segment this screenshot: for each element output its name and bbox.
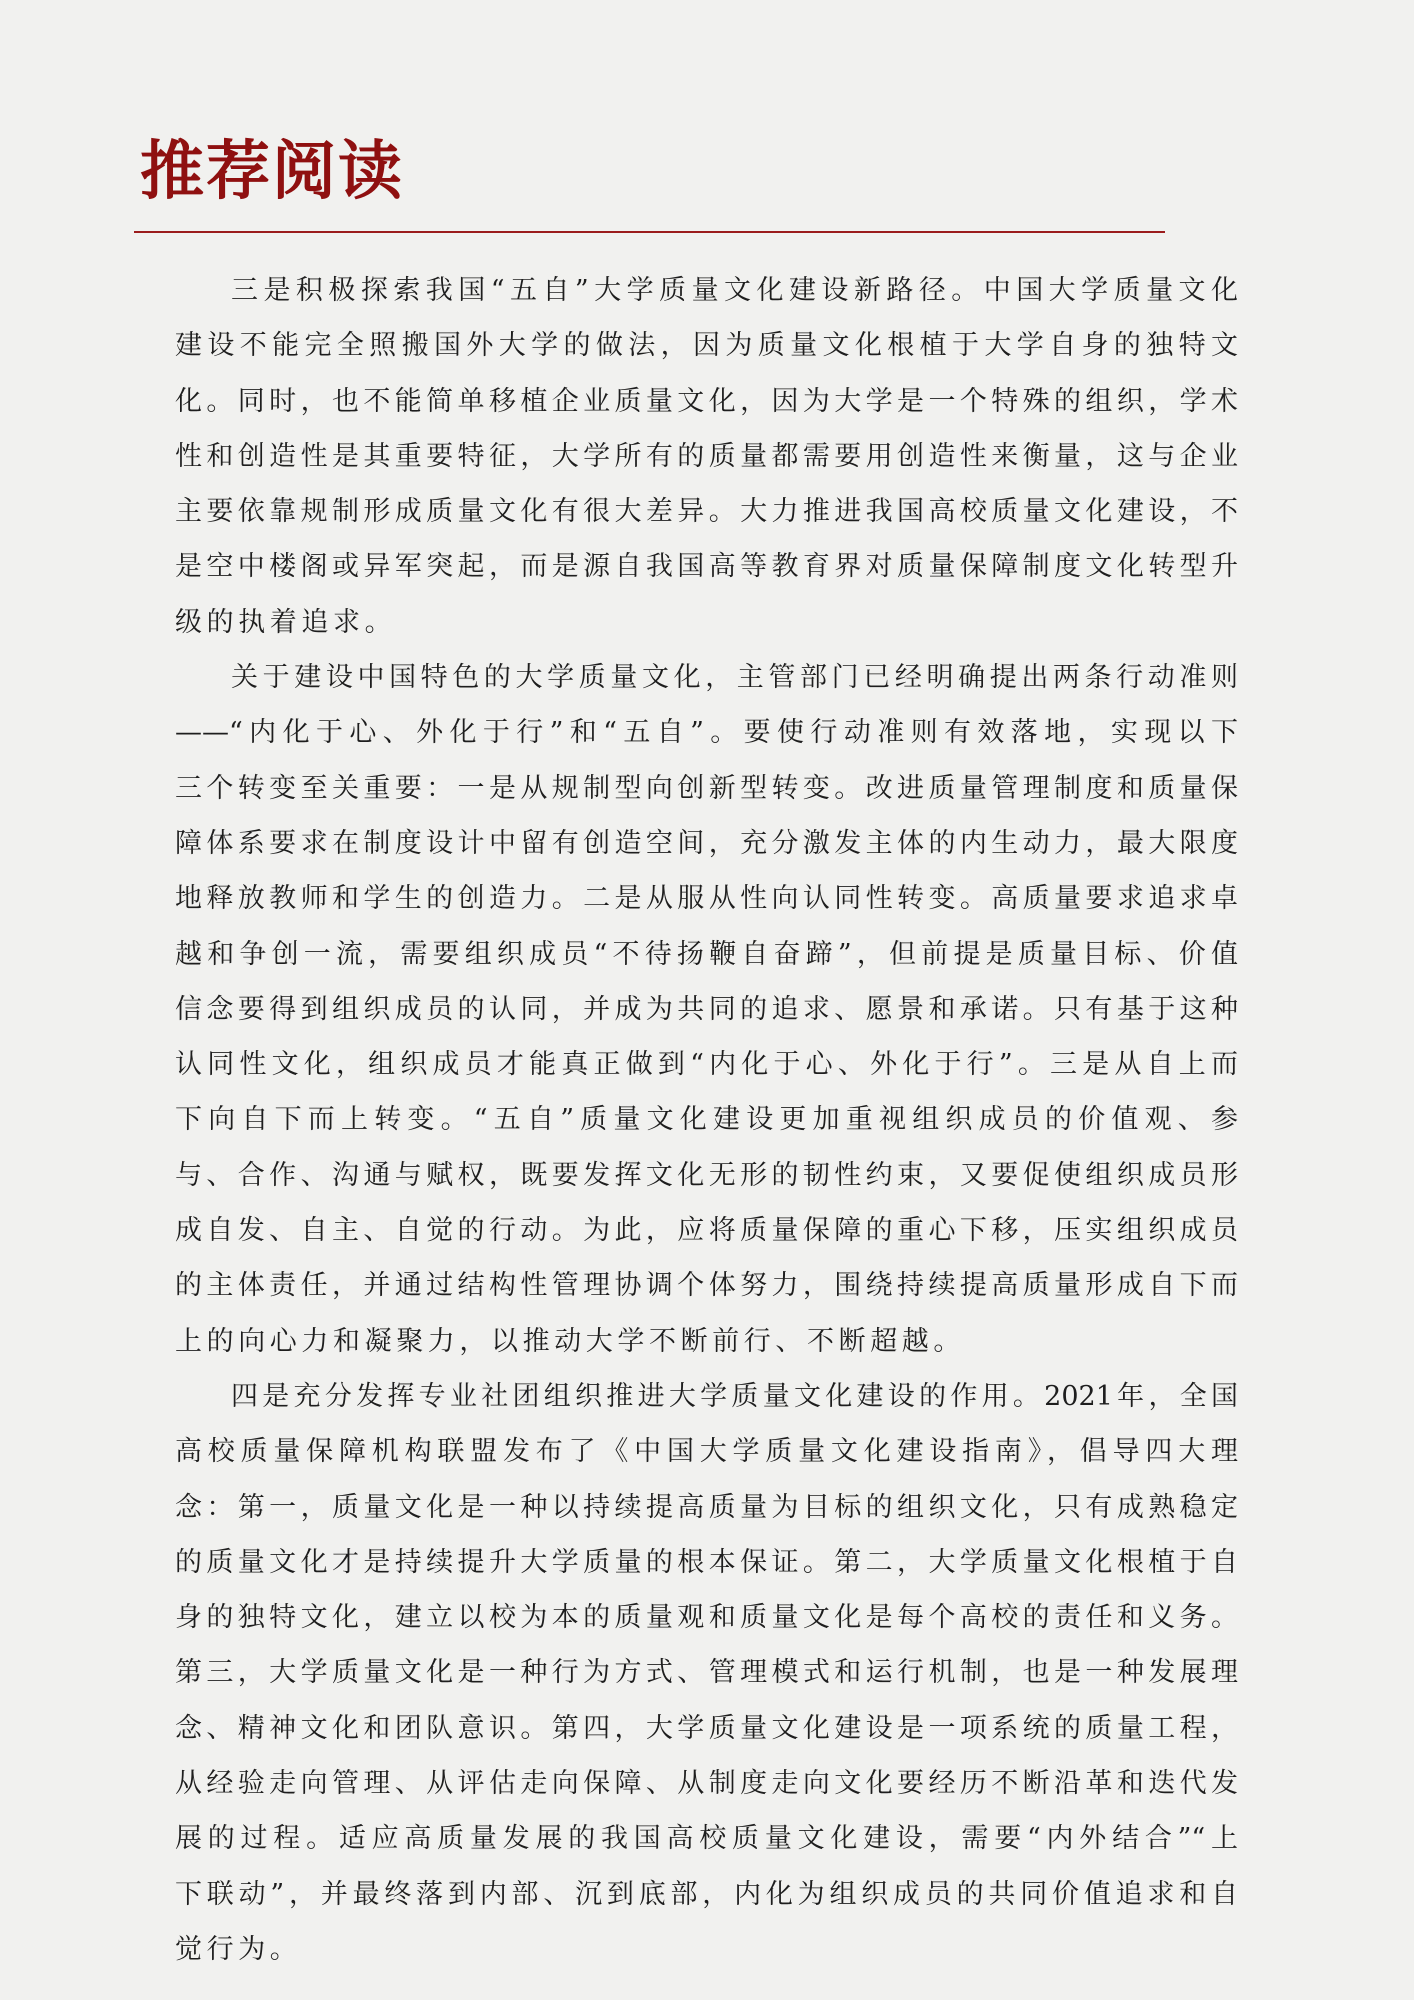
title-divider	[134, 231, 1165, 233]
text-line: 身的独特文化，建立以校为本的质量观和质量文化是每个高校的责任和义务。	[175, 1595, 1238, 1650]
text-line: 性和创造性是其重要特征，大学所有的质量都需要用创造性来衡量，这与企业	[175, 434, 1238, 489]
text-line: 第三，大学质量文化是一种行为方式、管理模式和运行机制，也是一种发展理	[175, 1650, 1238, 1705]
text-line: 的质量文化才是持续提升大学质量的根本保证。第二，大学质量文化根植于自	[175, 1540, 1238, 1595]
text-line: 认同性文化，组织成员才能真正做到“内化于心、外化于行”。三是从自上而	[175, 1042, 1238, 1097]
text-line: 下向自下而上转变。“五自”质量文化建设更加重视组织成员的价值观、参	[175, 1097, 1238, 1152]
text-line: 信念要得到组织成员的认同，并成为共同的追求、愿景和承诺。只有基于这种	[175, 987, 1238, 1042]
text-line: 级的执着追求。	[175, 600, 1238, 655]
text-line: 觉行为。	[175, 1927, 1238, 1982]
text-line: 从经验走向管理、从评估走向保障、从制度走向文化要经历不断沿革和迭代发	[175, 1761, 1238, 1816]
text-line: 展的过程。适应高质量发展的我国高校质量文化建设，需要“内外结合”“上	[175, 1816, 1238, 1871]
text-line: 关于建设中国特色的大学质量文化，主管部门已经明确提出两条行动准则	[175, 655, 1238, 710]
text-line: 地释放教师和学生的创造力。二是从服从性向认同性转变。高质量要求追求卓	[175, 876, 1238, 931]
paragraph-2: 关于建设中国特色的大学质量文化，主管部门已经明确提出两条行动准则 ——“内化于心…	[175, 655, 1238, 1374]
text-line: 下联动”，并最终落到内部、沉到底部，内化为组织成员的共同价值追求和自	[175, 1872, 1238, 1927]
text-line: 是空中楼阁或异军突起，而是源自我国高等教育界对质量保障制度文化转型升	[175, 544, 1238, 599]
text-line: 建设不能完全照搬国外大学的做法，因为质量文化根植于大学自身的独特文	[175, 323, 1238, 378]
text-line: 与、合作、沟通与赋权，既要发挥文化无形的韧性约束，又要促使组织成员形	[175, 1153, 1238, 1208]
text-line: 三个转变至关重要：一是从规制型向创新型转变。改进质量管理制度和质量保	[175, 766, 1238, 821]
text-line: ——“内化于心、外化于行”和“五自”。要使行动准则有效落地，实现以下	[175, 710, 1238, 765]
page-title: 推荐阅读	[140, 132, 404, 212]
text-line: 四是充分发挥专业社团组织推进大学质量文化建设的作用。2021年，全国	[175, 1374, 1238, 1429]
text-line: 主要依靠规制形成质量文化有很大差异。大力推进我国高校质量文化建设，不	[175, 489, 1238, 544]
text-line: 越和争创一流，需要组织成员“不待扬鞭自奋蹄”，但前提是质量目标、价值	[175, 932, 1238, 987]
paragraph-1: 三是积极探索我国“五自”大学质量文化建设新路径。中国大学质量文化 建设不能完全照…	[175, 268, 1238, 655]
text-line: 三是积极探索我国“五自”大学质量文化建设新路径。中国大学质量文化	[175, 268, 1238, 323]
text-line: 念：第一，质量文化是一种以持续提高质量为目标的组织文化，只有成熟稳定	[175, 1485, 1238, 1540]
text-line: 的主体责任，并通过结构性管理协调个体努力，围绕持续提高质量形成自下而	[175, 1263, 1238, 1318]
article-body: 三是积极探索我国“五自”大学质量文化建设新路径。中国大学质量文化 建设不能完全照…	[175, 268, 1238, 1982]
text-line: 高校质量保障机构联盟发布了《中国大学质量文化建设指南》，倡导四大理	[175, 1429, 1238, 1484]
text-line: 念、精神文化和团队意识。第四，大学质量文化建设是一项系统的质量工程，	[175, 1706, 1238, 1761]
text-line: 成自发、自主、自觉的行动。为此，应将质量保障的重心下移，压实组织成员	[175, 1208, 1238, 1263]
text-line: 上的向心力和凝聚力，以推动大学不断前行、不断超越。	[175, 1319, 1238, 1374]
text-line: 障体系要求在制度设计中留有创造空间，充分激发主体的内生动力，最大限度	[175, 821, 1238, 876]
text-line: 化。同时，也不能简单移植企业质量文化，因为大学是一个特殊的组织，学术	[175, 379, 1238, 434]
paragraph-3: 四是充分发挥专业社团组织推进大学质量文化建设的作用。2021年，全国 高校质量保…	[175, 1374, 1238, 1982]
